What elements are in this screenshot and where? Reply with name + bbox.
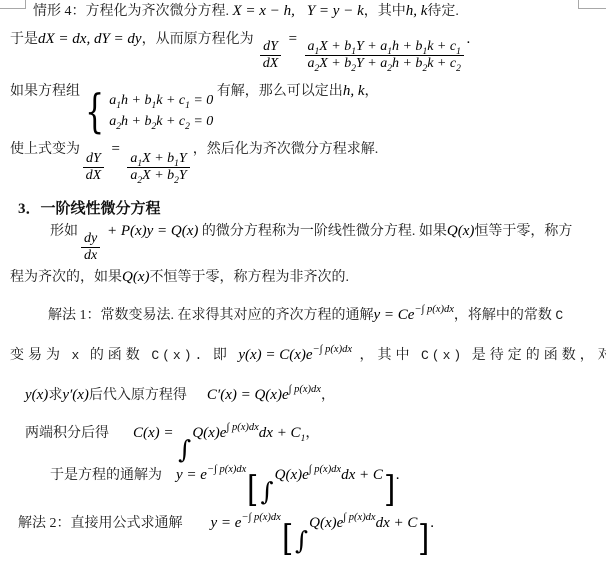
math-exponent: −∫ p(x)dx <box>241 513 280 524</box>
text-run: 于是方程的通解为 <box>50 469 162 483</box>
fraction-numerator: dY <box>260 40 281 56</box>
math-run: y = e <box>176 468 207 483</box>
subscript: 2 <box>137 175 142 185</box>
left-bracket: [ <box>282 521 293 557</box>
mono-run: x <box>72 349 83 362</box>
math-exponent: −∫ p(x)dx <box>313 345 352 356</box>
text-run: 形如 <box>50 225 78 239</box>
fraction: dYdX <box>260 40 281 71</box>
paragraph-reduced-equation: 使上式变为dYdX = a1X + b1Ya2X + b2Y，然后化为齐次微分方… <box>10 142 378 192</box>
mono-run: C <box>555 309 563 322</box>
subscript: 2 <box>116 122 121 132</box>
text-run: 求 <box>48 389 62 403</box>
mono-run: C(x) <box>421 349 464 362</box>
subscript: 2 <box>185 122 190 132</box>
subscript: 2 <box>151 122 156 132</box>
text-run: ，然后化为齐次微分方程求解. <box>193 143 379 157</box>
math-run: . <box>467 32 471 47</box>
paragraph-method1-line1: 解法 1：常数变易法. 在求得其对应的齐次方程的通解y = Ce−∫ p(x)d… <box>48 308 563 344</box>
integral-sign: ∫ <box>295 528 308 553</box>
fraction: a1X + b1Y + a1h + b1k + c1a2X + b2Y + a2… <box>305 40 464 71</box>
math-exponent: −∫ p(x)dx <box>207 465 246 476</box>
paragraph-equation-system: 如果方程组{a1h + b1k + c1 = 0a2h + b2k + c2 =… <box>10 84 378 138</box>
subscript: 2 <box>351 63 356 73</box>
fraction-numerator: a1X + b1Y + a1h + b1k + c1 <box>305 40 464 56</box>
subscript: 2 <box>456 63 461 73</box>
fraction-numerator: a1X + b1Y <box>127 152 189 168</box>
right-bracket: ] <box>384 472 395 508</box>
text-run: 解法 1：常数变易法. 在求得其对应的齐次方程的通解 <box>48 309 374 323</box>
math-run: Q(x) <box>447 224 474 239</box>
integral-sign: ∫ <box>178 437 191 462</box>
text-run: 的微分方程称为一阶线性微分方程. 如果 <box>198 225 447 239</box>
right-bracket: ] <box>418 521 429 557</box>
math-exponent: ∫ p(x)dx <box>226 423 258 434</box>
left-bracket: [ <box>247 472 258 508</box>
math-run: . <box>431 516 435 531</box>
text-run: 情形 4：方程化为齐次微分方程. <box>33 5 233 19</box>
fraction: dYdX <box>83 152 104 183</box>
paragraph-method2: 解法 2：直接用公式求通解y = e−∫ p(x)dx[∫Q(x)e∫ p(x)… <box>18 516 434 562</box>
text-run: 不恒等于零，称方程为非齐次的. <box>149 271 349 285</box>
paragraph-method1-line3: y(x)求y′(x)后代入原方程得C′(x) = Q(x)e∫ p(x)dx， <box>25 388 335 422</box>
section-heading: 3．一阶线性微分方程 <box>18 197 161 221</box>
fraction: dydx <box>81 232 100 263</box>
subscript: 2 <box>422 63 427 73</box>
integral-sign: ∫ <box>261 479 274 504</box>
text-run: 有解，那么可以定出 <box>213 85 343 99</box>
paragraph-definition-line1: 形如dydx + P(x)y = Q(x) 的微分方程称为一阶线性微分方程. 如… <box>50 224 572 270</box>
text-run: 的函数 <box>82 349 151 363</box>
text-run: ，其中 <box>364 5 406 19</box>
equation-row: a1h + b1k + c1 = 0 <box>109 90 213 111</box>
subscript: 1 <box>116 101 121 111</box>
text-run: 恒等于零，称方 <box>474 225 572 239</box>
text-run: 后代入原方程得 <box>89 389 187 403</box>
math-run: Y = y − k <box>307 4 364 19</box>
text-run: 程为齐次的，如果 <box>10 271 122 285</box>
fraction: a1X + b1Ya2X + b2Y <box>127 152 189 183</box>
math-run: Q(x)e <box>192 426 226 441</box>
text-boundary-mark-top-left <box>0 0 26 9</box>
text-run: ， <box>321 389 335 403</box>
fraction-numerator: dy <box>81 232 100 248</box>
math-run: = <box>107 142 125 157</box>
text-run: ， <box>305 427 319 441</box>
math-run: dX = dx, dY = dy <box>38 32 142 47</box>
paragraph-general-solution: 于是方程的通解为y = e−∫ p(x)dx[∫Q(x)e∫ p(x)dxdx … <box>50 468 400 512</box>
math-run: Q(x)e <box>275 468 309 483</box>
subscript: 1 <box>151 101 156 111</box>
fraction-denominator: a2X + b2Y + a2h + b2k + c2 <box>308 56 461 71</box>
paragraph-definition-line2: 程为齐次的，如果Q(x)不恒等于零，称方程为非齐次的. <box>10 270 349 298</box>
text-run: 是待定的函数，对 <box>464 349 606 363</box>
paragraph-method1-line2: 变易为 x 的函数 C(x). 即 y(x) = C(x)e−∫ p(x)dx … <box>10 348 606 384</box>
math-run: y = Ce <box>374 308 415 323</box>
paragraph-case4-intro: 情形 4：方程化为齐次微分方程. X = x − h,Y = y − k，其中h… <box>33 4 459 34</box>
math-run: y(x) = C(x)e <box>238 348 312 363</box>
document-page: 情形 4：方程化为齐次微分方程. X = x − h,Y = y − k，其中h… <box>0 0 606 571</box>
text-run: 变易为 <box>10 349 72 363</box>
equation-system: {a1h + b1k + c1 = 0a2h + b2k + c2 = 0 <box>80 88 213 134</box>
fraction-denominator: dx <box>84 248 97 263</box>
math-run: X = x − h, <box>233 4 295 19</box>
math-run: + P(x)y = Q(x) <box>103 224 198 239</box>
text-run: 即 <box>205 349 238 363</box>
equation-rows: a1h + b1k + c1 = 0a2h + b2k + c2 = 0 <box>109 90 213 132</box>
math-run: h, k <box>406 4 428 19</box>
fraction-denominator: dX <box>263 56 279 71</box>
text-run: ，其中 <box>352 349 421 363</box>
text-run: 两端积分后得 <box>25 427 109 441</box>
math-run: dx + C <box>376 516 418 531</box>
math-run: C′(x) = Q(x)e <box>207 388 289 403</box>
fraction-numerator: dY <box>83 152 104 168</box>
text-run: ， <box>364 85 378 99</box>
subscript: 2 <box>174 175 179 185</box>
subscript: 1 <box>185 101 190 111</box>
text-run: 如果方程组 <box>10 85 80 99</box>
mono-run: C(x). <box>151 349 205 362</box>
text-boundary-mark-top-right <box>578 0 606 9</box>
left-brace-icon: { <box>85 88 104 134</box>
paragraph-transformed-equation: 于是dX = dx, dY = dy，从而原方程化为 dYdX = a1X + … <box>10 32 471 78</box>
math-exponent: −∫ p(x)dx <box>414 305 453 316</box>
fraction-denominator: a2X + b2Y <box>130 168 186 183</box>
math-run: y′(x) <box>62 388 89 403</box>
math-exponent: ∫ p(x)dx <box>309 465 341 476</box>
text-run: ，将解中的常数 <box>454 309 556 323</box>
math-run: . <box>396 468 400 483</box>
paragraph-integration-result: 两端积分后得C(x) = ∫Q(x)e∫ p(x)dxdx + C1， <box>25 426 319 470</box>
math-exponent: ∫ p(x)dx <box>343 513 375 524</box>
subscript: 2 <box>315 63 320 73</box>
subscript: 2 <box>387 63 392 73</box>
text-run: 使上式变为 <box>10 143 80 157</box>
text-run: 待定. <box>427 5 459 19</box>
math-run: C(x) = <box>133 426 177 441</box>
math-run: h, k <box>343 84 365 99</box>
math-run: Q(x)e <box>309 516 343 531</box>
fraction-denominator: dX <box>86 168 102 183</box>
text-run: 解法 2：直接用公式求通解 <box>18 517 183 531</box>
math-run: dx + C <box>341 468 383 483</box>
math-run: = <box>284 32 302 47</box>
math-run: dx + C1 <box>259 426 306 441</box>
math-run: y(x) <box>25 388 48 403</box>
math-run: Q(x) <box>122 270 149 285</box>
text-run: 于是 <box>10 33 38 47</box>
equation-row: a2h + b2k + c2 = 0 <box>109 111 213 132</box>
math-exponent: ∫ p(x)dx <box>289 385 321 396</box>
text-run: ，从而原方程化为 <box>142 33 258 47</box>
math-run: y = e <box>211 516 242 531</box>
